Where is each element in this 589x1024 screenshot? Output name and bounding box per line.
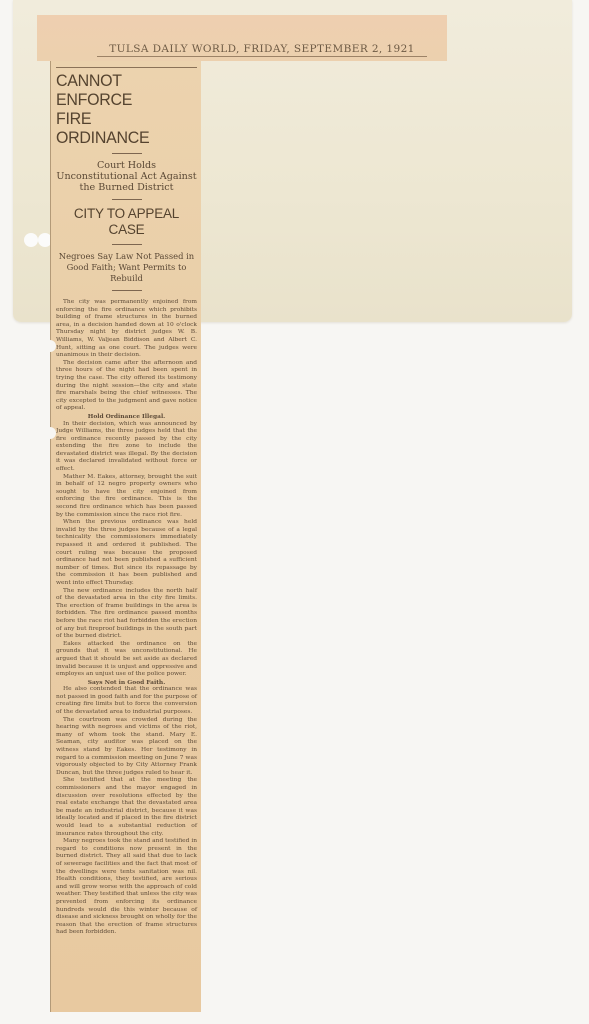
divider (112, 153, 142, 154)
masthead-clipping: TULSA DAILY WORLD, FRIDAY, SEPTEMBER 2, … (37, 15, 447, 61)
deck: Court Holds Unconstitutional Act Against… (56, 160, 197, 193)
torn-hole (44, 340, 56, 352)
paragraph: The new ordinance includes the north hal… (56, 588, 197, 641)
subheadline: CITY TO APPEAL CASE (56, 206, 197, 238)
section-subheading: Says Not in Good Faith. (56, 679, 197, 687)
divider (112, 244, 142, 245)
article-body: The city was permanently enjoined from e… (56, 299, 197, 937)
paragraph: He also contended that the ordinance was… (56, 686, 197, 716)
paragraph: In their decision, which was announced b… (56, 421, 197, 474)
paragraph: Eakes attacked the ordinance on the grou… (56, 641, 197, 679)
torn-hole (44, 427, 56, 439)
paragraph: Mather M. Eakes, attorney, brought the s… (56, 474, 197, 520)
divider (112, 199, 142, 200)
section-subheading: Hold Ordinance Illegal. (56, 413, 197, 421)
binder-hole (24, 233, 38, 247)
paragraph: The courtroom was crowded during the hea… (56, 717, 197, 778)
headline-line-1: CANNOT ENFORCE (56, 71, 189, 109)
headline-line-2: FIRE ORDINANCE (56, 109, 189, 147)
paragraph: She testified that at the meeting the co… (56, 777, 197, 838)
paragraph: The city was permanently enjoined from e… (56, 299, 197, 360)
top-rule (56, 67, 197, 68)
secondary-deck: Negroes Say Law Not Passed in Good Faith… (56, 251, 197, 284)
paragraph: When the previous ordinance was held inv… (56, 519, 197, 587)
divider (112, 290, 142, 291)
article-clipping: CANNOT ENFORCE FIRE ORDINANCE Court Hold… (50, 61, 201, 1012)
newspaper-masthead: TULSA DAILY WORLD, FRIDAY, SEPTEMBER 2, … (97, 43, 427, 57)
paragraph: The decision came after the afternoon an… (56, 360, 197, 413)
paragraph: Many negroes took the stand and testifie… (56, 838, 197, 937)
